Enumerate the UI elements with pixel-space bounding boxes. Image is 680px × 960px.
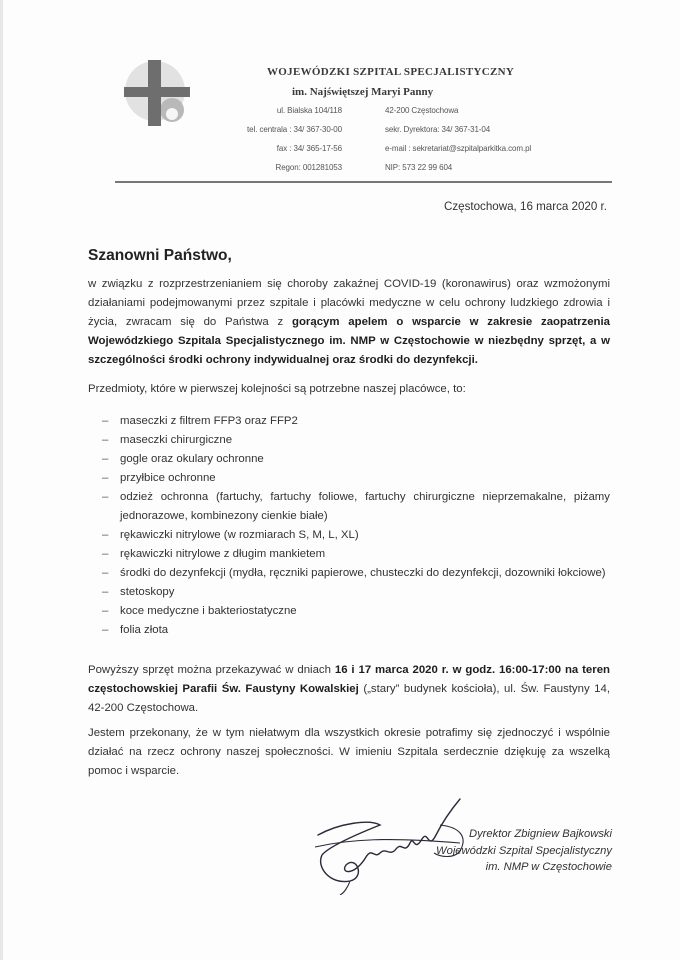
hospital-name: WOJEWÓDZKI SZPITAL SPECJALISTYCZNY	[267, 66, 514, 78]
list-item: –środki do dezynfekcji (mydła, ręczniki …	[88, 564, 610, 583]
dash-bullet-icon: –	[102, 545, 108, 564]
list-item: –gogle oraz okulary ochronne	[88, 450, 610, 469]
list-item-text: maseczki chirurgiczne	[120, 434, 232, 446]
paragraph-delivery: Powyższy sprzęt można przekazywać w dnia…	[88, 661, 610, 718]
list-intro: Przedmioty, które w pierwszej kolejności…	[88, 380, 610, 399]
phone-central: tel. centrala : 34/ 367-30-00	[142, 125, 342, 134]
list-item-text: rękawiczki nitrylowe (w rozmiarach S, M,…	[120, 529, 359, 541]
list-item: –rękawiczki nitrylowe (w rozmiarach S, M…	[88, 526, 610, 545]
dash-bullet-icon: –	[102, 412, 108, 431]
paragraph-appeal: w związku z rozprzestrzenianiem się chor…	[88, 275, 610, 370]
list-item: –przyłbice ochronne	[88, 469, 610, 488]
dash-bullet-icon: –	[102, 583, 108, 602]
list-item: –rękawiczki nitrylowe z długim mankietem	[88, 545, 610, 564]
list-item-text: folia złota	[120, 624, 168, 636]
greeting: Szanowni Państwo,	[88, 247, 232, 265]
fax-number: fax : 34/ 365-17-56	[142, 144, 342, 153]
list-item: –koce medyczne i bakteriostatyczne	[88, 602, 610, 621]
address-city: 42-200 Częstochowa	[385, 106, 458, 115]
dash-bullet-icon: –	[102, 488, 108, 507]
list-item-text: odzież ochronna (fartuchy, fartuchy foli…	[120, 491, 610, 522]
signature-block: Dyrektor Zbigniew Bajkowski Wojewódzki S…	[436, 826, 612, 876]
letter-date: Częstochowa, 16 marca 2020 r.	[444, 200, 607, 213]
delivery-text: Powyższy sprzęt można przekazywać w dnia…	[88, 664, 335, 676]
letter-page: WOJEWÓDZKI SZPITAL SPECJALISTYCZNY im. N…	[0, 0, 680, 960]
scan-edge	[0, 0, 3, 960]
signatory-institution: Wojewódzki Szpital Specjalistyczny	[436, 843, 612, 860]
list-item-text: koce medyczne i bakteriostatyczne	[120, 605, 297, 617]
dash-bullet-icon: –	[102, 602, 108, 621]
hospital-subtitle: im. Najświętszej Maryi Panny	[292, 86, 433, 98]
dash-bullet-icon: –	[102, 564, 108, 583]
paragraph-closing: Jestem przekonany, że w tym niełatwym dl…	[88, 724, 610, 781]
list-item: –maseczki z filtrem FFP3 oraz FFP2	[88, 412, 610, 431]
dash-bullet-icon: –	[102, 450, 108, 469]
phone-director: sekr. Dyrektora: 34/ 367-31-04	[385, 125, 490, 134]
needed-items-list: –maseczki z filtrem FFP3 oraz FFP2–masec…	[88, 412, 610, 640]
list-item-text: gogle oraz okulary ochronne	[120, 453, 264, 465]
dash-bullet-icon: –	[102, 526, 108, 545]
signatory-name: Dyrektor Zbigniew Bajkowski	[436, 826, 612, 843]
cross-logo-icon	[124, 60, 190, 126]
list-item-text: rękawiczki nitrylowe z długim mankietem	[120, 548, 325, 560]
list-item-text: maseczki z filtrem FFP3 oraz FFP2	[120, 415, 298, 427]
dash-bullet-icon: –	[102, 469, 108, 488]
nip-number: NIP: 573 22 99 604	[385, 163, 452, 172]
dash-bullet-icon: –	[102, 621, 108, 640]
list-item: –maseczki chirurgiczne	[88, 431, 610, 450]
address-street: ul. Bialska 104/118	[142, 106, 342, 115]
list-item: –odzież ochronna (fartuchy, fartuchy fol…	[88, 488, 610, 526]
list-item-text: stetoskopy	[120, 586, 174, 598]
list-item-text: przyłbice ochronne	[120, 472, 216, 484]
email-address: e-mail : sekretariat@szpitalparkitka.com…	[385, 144, 531, 153]
list-item: –stetoskopy	[88, 583, 610, 602]
list-item-text: środki do dezynfekcji (mydła, ręczniki p…	[120, 567, 606, 579]
regon-number: Regon: 001281053	[142, 163, 342, 172]
list-item: –folia złota	[88, 621, 610, 640]
dash-bullet-icon: –	[102, 431, 108, 450]
letterhead-divider	[115, 181, 612, 183]
signatory-location: im. NMP w Częstochowie	[436, 859, 612, 876]
